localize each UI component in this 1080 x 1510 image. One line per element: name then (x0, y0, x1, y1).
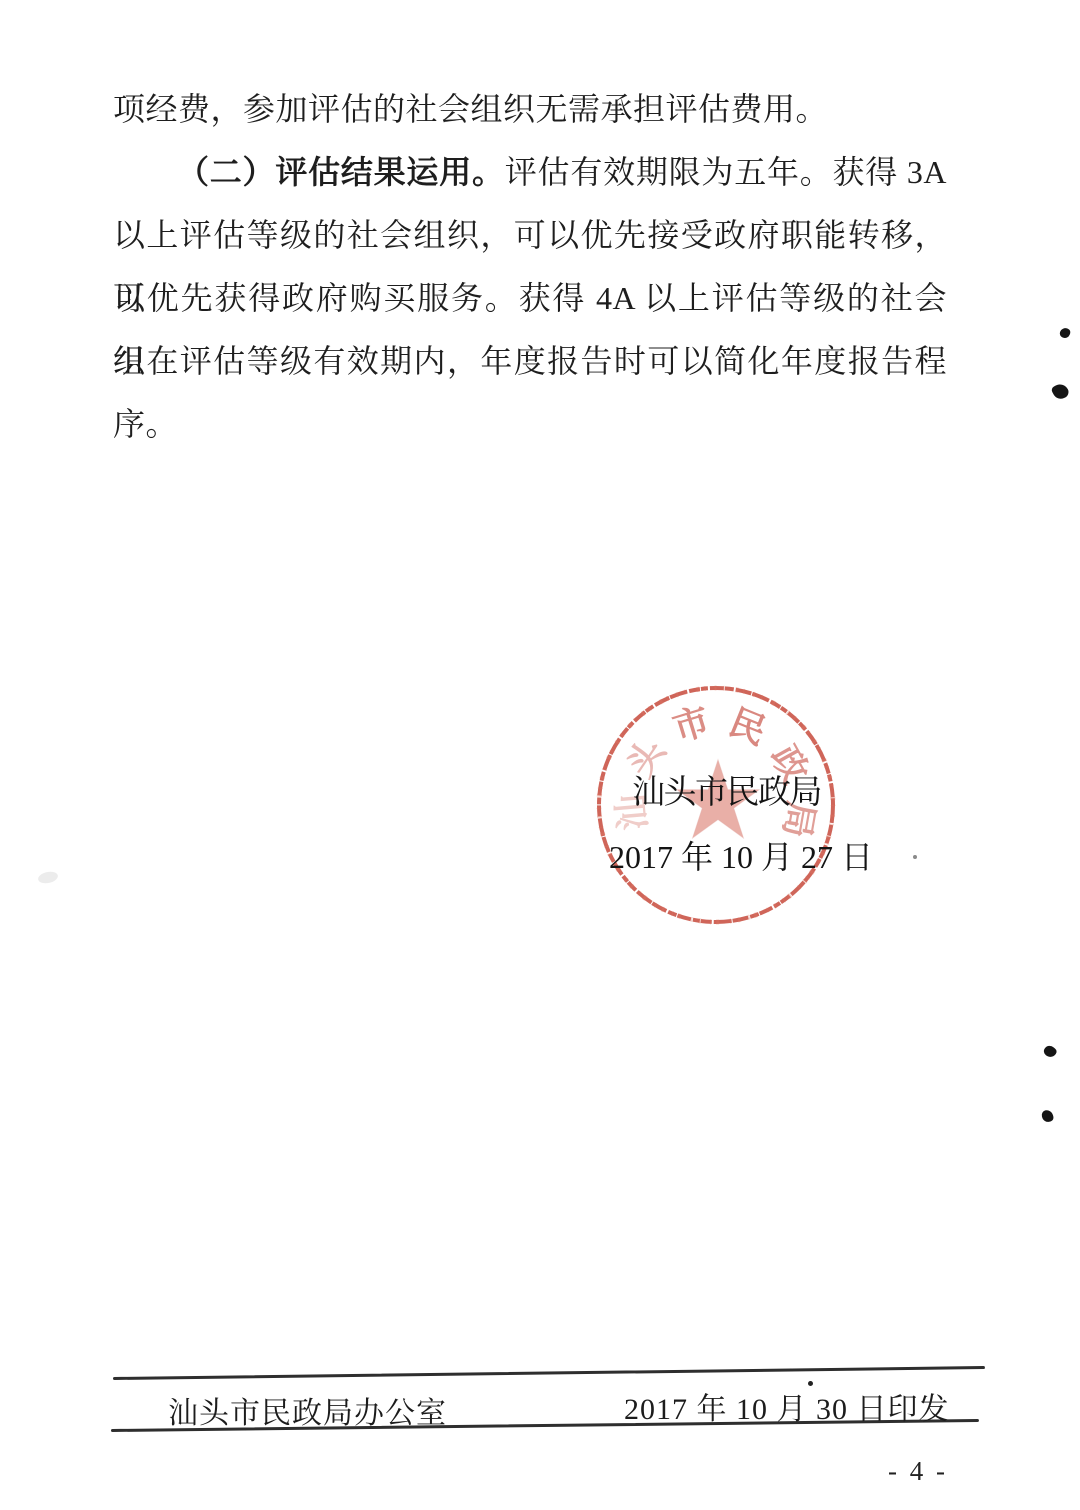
signature-org: 汕头市民政局 (632, 766, 821, 813)
section-heading: （二）评估结果运用。 (177, 154, 505, 190)
page-number: - 4 - (888, 1456, 948, 1487)
scan-speck (1050, 381, 1070, 401)
footer-print-date: 2017 年 10 月 30 日印发 (624, 1384, 950, 1428)
scan-smudge (37, 870, 59, 885)
body-line-2: （二）评估结果运用。评估有效期限为五年。获得 3A (113, 141, 947, 204)
seal-char: 市 (668, 700, 714, 749)
body-line-2-rest: 评估有效期限为五年。获得 3A (505, 154, 947, 190)
scan-speck (913, 855, 917, 859)
scan-speck (808, 1381, 813, 1386)
scan-speck (1041, 1109, 1055, 1123)
scan-speck (1042, 1043, 1058, 1059)
footer-rule-top (113, 1366, 985, 1380)
body-line-6: 序。 (113, 393, 947, 456)
document-page: 项经费，参加评估的社会组织无需承担评估费用。 （二）评估结果运用。评估有效期限为… (0, 0, 1080, 1510)
body-line-4: 以优先获得政府购买服务。获得 4A 以上评估等级的社会组 (113, 267, 947, 330)
seal-char: 民 (723, 702, 771, 753)
body-line-1: 项经费，参加评估的社会组织无需承担评估费用。 (113, 78, 947, 141)
body-text: 项经费，参加评估的社会组织无需承担评估费用。 （二）评估结果运用。评估有效期限为… (113, 78, 947, 456)
scan-speck (1059, 327, 1072, 340)
footer-issuer: 汕头市民政局办公室 (168, 1388, 447, 1432)
signature-date: 2017 年 10 月 27 日 (609, 832, 873, 878)
body-line-3: 以上评估等级的社会组织，可以优先接受政府职能转移，可 (113, 204, 947, 267)
body-line-5: 织在评估等级有效期内，年度报告时可以简化年度报告程 (113, 330, 947, 393)
